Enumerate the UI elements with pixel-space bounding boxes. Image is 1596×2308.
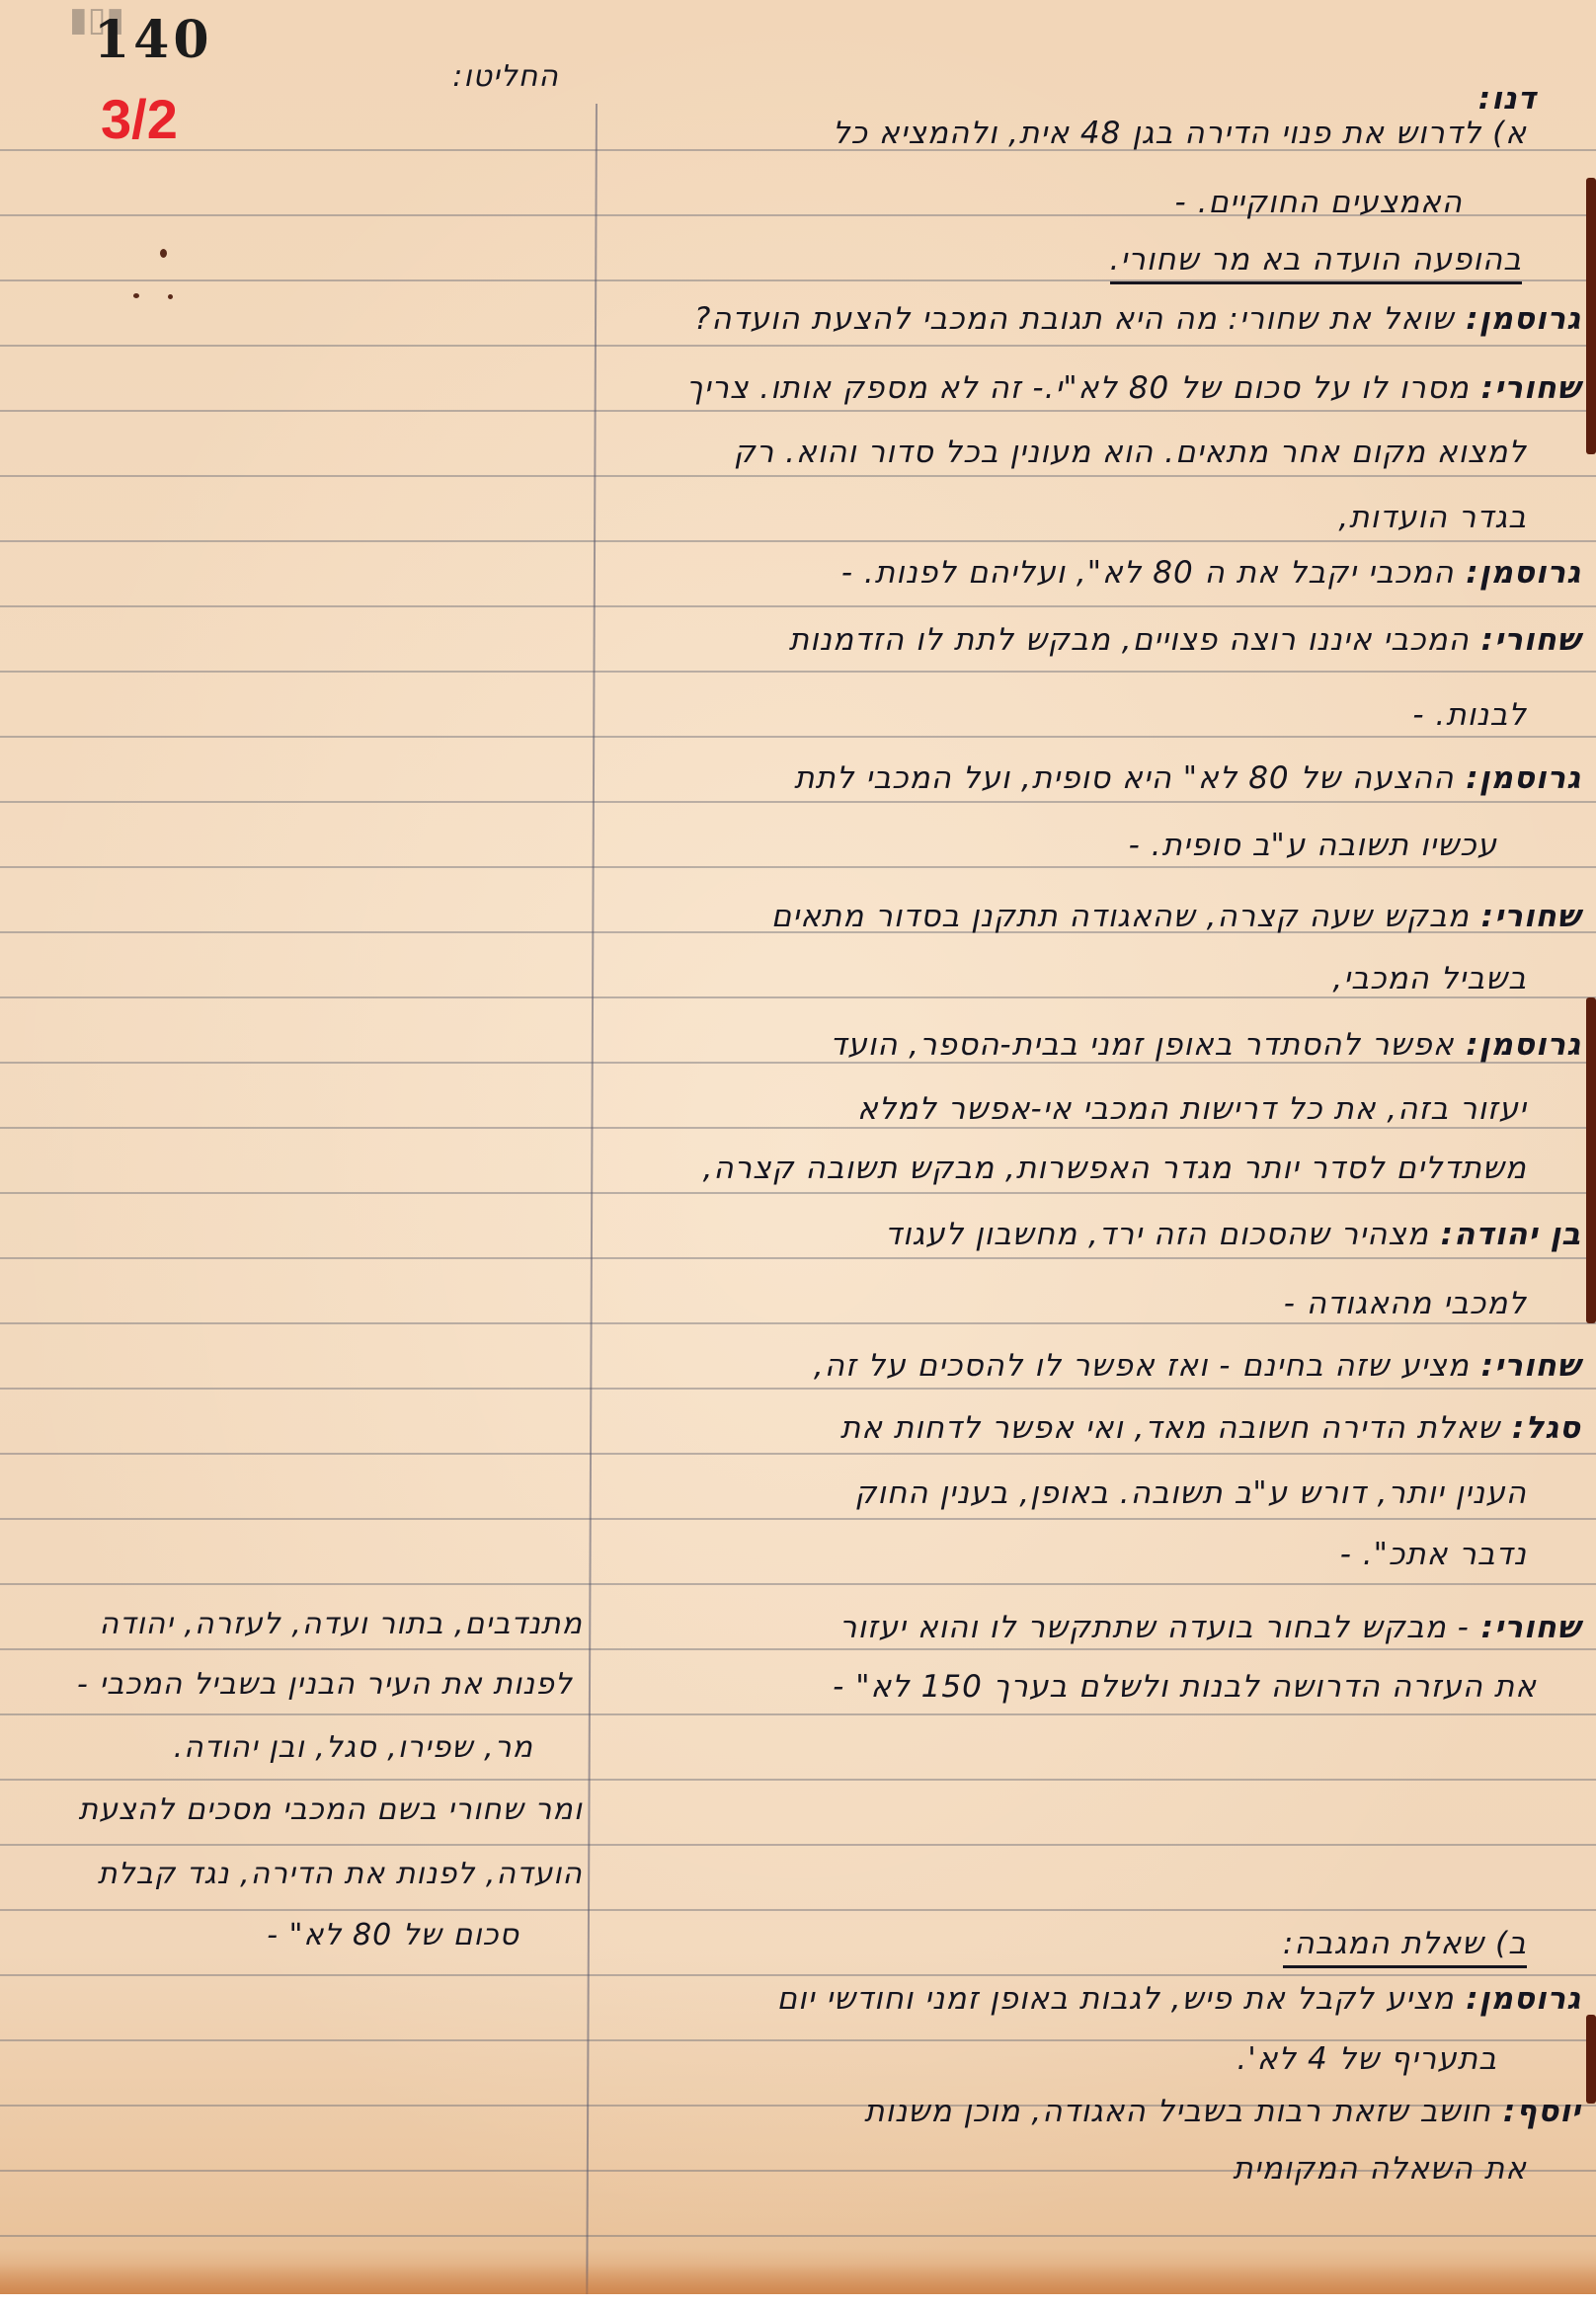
speaker-label: שחורי: bbox=[1470, 1610, 1581, 1645]
archive-stamp-number: 140 bbox=[94, 10, 213, 70]
discussion-text: מבקש שעה קצרה, שהאגודה תתקנן בסדור מתאים bbox=[771, 899, 1470, 934]
discussion-text: חושב שזאת רבות בשביל האגודה, מוכן משנות bbox=[864, 2094, 1491, 2129]
rule-line bbox=[0, 2235, 1596, 2237]
discussion-text: נדבר אתכ". - bbox=[1340, 1537, 1527, 1572]
discussion-text: למכבי מהאגודה - bbox=[1284, 1286, 1527, 1321]
discussion-text: א) לדרוש את פנוי הדירה בגן 48 אית, ולהמצ… bbox=[833, 116, 1527, 151]
resolution-line: הועדה, לפנות את הדירה, נגד קבלת bbox=[98, 1857, 583, 1891]
rule-line bbox=[0, 345, 1596, 347]
notebook-page: ▮▯▮ 140 3/2 החליטו: דנו: א) לדרוש את פנו… bbox=[0, 0, 1596, 2294]
speaker-label: גרוסמן: bbox=[1455, 555, 1582, 591]
discussion-line: לבנות. - bbox=[1412, 697, 1527, 733]
speaker-label: שחורי: bbox=[1470, 1348, 1581, 1384]
speaker-label: גרוסמן: bbox=[1455, 1027, 1582, 1063]
discussion-line: למכבי מהאגודה - bbox=[1284, 1286, 1527, 1321]
discussion-text: עכשיו תשובה ע"ב סופית. - bbox=[1129, 828, 1497, 863]
discussion-text: אפשר להסתדר באופן זמני בבית-הספר, הועד bbox=[830, 1027, 1454, 1063]
speaker-label: גרוסמן: bbox=[1455, 1981, 1582, 2017]
folio-mark: 3/2 bbox=[101, 87, 178, 151]
discussion-line: האמצעים החוקיים. - bbox=[1175, 185, 1463, 220]
resolutions-header: החליטו: bbox=[452, 59, 559, 94]
discussion-text: האמצעים החוקיים. - bbox=[1175, 185, 1463, 220]
discussion-text: לבנות. - bbox=[1412, 697, 1527, 733]
discussion-text: בתעריף של 4 לא'. bbox=[1237, 2041, 1497, 2077]
discussion-text: המכבי איננו רוצה פצויים, מבקש לתת לו הזד… bbox=[789, 622, 1470, 658]
rule-line bbox=[0, 866, 1596, 868]
discussion-text: את העזרה הדרושה לבנות ולשלם בערך 150 לא"… bbox=[833, 1669, 1537, 1705]
discussion-line: גרוסמן: אפשר להסתדר באופן זמני בבית-הספר… bbox=[830, 1027, 1581, 1063]
discussion-line: בתעריף של 4 לא'. bbox=[1237, 2041, 1497, 2077]
rule-line bbox=[0, 996, 1596, 998]
discussion-line: את השאלה המקומית bbox=[1233, 2151, 1527, 2187]
discussion-text: מציע לקבל את פיש, לגבות באופן זמני וחודש… bbox=[776, 1981, 1454, 2017]
rule-line bbox=[0, 1779, 1596, 1781]
rule-line bbox=[0, 1974, 1596, 1976]
discussion-text: למצוא מקום אחר מתאים. הוא מעונין בכל סדו… bbox=[734, 435, 1527, 470]
binding-edge bbox=[1586, 2015, 1596, 2104]
rule-line bbox=[0, 1648, 1596, 1650]
discussion-text: שאלת הדירה חשובה מאד, ואי אפשר לדחות את bbox=[840, 1410, 1500, 1446]
discussion-line: שחורי: מציע שזה בחינם - ואז אפשר לו להסכ… bbox=[814, 1348, 1581, 1384]
resolution-line: ומר שחורי בשם המכבי מסכים להצעת bbox=[78, 1792, 583, 1827]
binding-edge bbox=[1586, 997, 1596, 1323]
rule-line bbox=[0, 801, 1596, 803]
discussion-text: יעזור בזה, את כל דרישות המכבי אי-אפשר למ… bbox=[857, 1091, 1527, 1127]
rule-line bbox=[0, 475, 1596, 477]
rule-line bbox=[0, 605, 1596, 607]
discussion-line: שחורי: מסרו לו על סכום של 80 לא"י.- זה ל… bbox=[686, 370, 1581, 406]
discussion-text: בגדר הועדות, bbox=[1338, 500, 1527, 535]
discussion-line: בשביל המכבי, bbox=[1332, 961, 1527, 996]
discussion-line: יעזור בזה, את כל דרישות המכבי אי-אפשר למ… bbox=[857, 1091, 1527, 1127]
discussion-text: בשביל המכבי, bbox=[1332, 961, 1527, 996]
discussion-line: יוסף: חושב שזאת רבות בשביל האגודה, מוכן … bbox=[864, 2094, 1581, 2129]
discussion-text: ההצעה של 80 לא" היא סופית, ועל המכבי לתת bbox=[794, 760, 1454, 796]
discussion-line: גרוסמן: ההצעה של 80 לא" היא סופית, ועל ה… bbox=[794, 760, 1581, 796]
speaker-label: בן יהודה: bbox=[1429, 1217, 1581, 1252]
discussion-line: שחורי: המכבי איננו רוצה פצויים, מבקש לתת… bbox=[789, 622, 1581, 658]
rule-line bbox=[0, 540, 1596, 542]
resolution-line: לפנות את העיר הבנין בשביל המכבי - bbox=[77, 1667, 573, 1702]
speaker-label: שחורי: bbox=[1470, 370, 1581, 406]
speaker-label: שחורי: bbox=[1470, 622, 1581, 658]
discussion-line: את העזרה הדרושה לבנות ולשלם בערך 150 לא"… bbox=[833, 1669, 1537, 1705]
rule-line bbox=[0, 671, 1596, 673]
resolution-line: מר, שפירו, סגל, ובן יהודה. bbox=[174, 1730, 533, 1765]
ink-speck bbox=[133, 293, 139, 298]
rule-line bbox=[0, 1518, 1596, 1520]
rule-line bbox=[0, 1844, 1596, 1846]
discussion-line: ב) שאלת המגבה: bbox=[1283, 1926, 1527, 1961]
resolution-line: סכום של 80 לא" - bbox=[267, 1918, 519, 1952]
column-divider bbox=[586, 104, 598, 2294]
speaker-label: שחורי: bbox=[1470, 899, 1581, 934]
discussion-line: בגדר הועדות, bbox=[1338, 500, 1527, 535]
discussion-line: גרוסמן: שואל את שחורי: מה היא תגובת המכב… bbox=[694, 301, 1581, 337]
rule-line bbox=[0, 1583, 1596, 1585]
rule-line bbox=[0, 1909, 1596, 1911]
discussion-text: - מבקש לבחור בועדה שתתקשר לו והוא יעזור bbox=[839, 1610, 1470, 1645]
discussion-line: למצוא מקום אחר מתאים. הוא מעונין בכל סדו… bbox=[734, 435, 1527, 470]
discussion-text: הענין יותר, דורש ע"ב תשובה. באופן, בענין… bbox=[854, 1475, 1527, 1511]
discussion-line: שחורי: מבקש שעה קצרה, שהאגודה תתקנן בסדו… bbox=[771, 899, 1581, 934]
resolution-line: מתנדבים, בתור ועדה, לעזרה, יהודה bbox=[100, 1607, 584, 1641]
discussion-line: גרוסמן: המכבי יקבל את ה 80 לא", ועליהם ל… bbox=[841, 555, 1581, 591]
speaker-label: סגל: bbox=[1500, 1410, 1581, 1446]
discussion-line: בן יהודה: מצהיר שהסכום הזה ירד, מחשבון ל… bbox=[885, 1217, 1581, 1252]
rule-line bbox=[0, 410, 1596, 412]
binding-edge bbox=[1586, 178, 1596, 454]
discussion-header: דנו: bbox=[1478, 81, 1537, 117]
discussion-text: מצהיר שהסכום הזה ירד, מחשבון לעגוד bbox=[885, 1217, 1429, 1252]
rule-line bbox=[0, 1257, 1596, 1259]
discussion-line: שחורי: - מבקש לבחור בועדה שתתקשר לו והוא… bbox=[839, 1610, 1581, 1645]
discussion-text: שואל את שחורי: מה היא תגובת המכבי להצעת … bbox=[694, 301, 1455, 337]
rule-line bbox=[0, 1322, 1596, 1324]
discussion-line: בהופעה הועדה בא מר שחורי. bbox=[1110, 242, 1522, 278]
rule-line bbox=[0, 1453, 1596, 1455]
discussion-line: נדבר אתכ". - bbox=[1340, 1537, 1527, 1572]
discussion-line: הענין יותר, דורש ע"ב תשובה. באופן, בענין… bbox=[854, 1475, 1527, 1511]
discussion-text: ב) שאלת המגבה: bbox=[1283, 1926, 1527, 1968]
rule-line bbox=[0, 1127, 1596, 1129]
discussion-text: מציע שזה בחינם - ואז אפשר לו להסכים על ז… bbox=[814, 1348, 1470, 1384]
speaker-label: יוסף: bbox=[1491, 2094, 1581, 2129]
discussion-text: המכבי יקבל את ה 80 לא", ועליהם לפנות. - bbox=[841, 555, 1455, 591]
speaker-label: גרוסמן: bbox=[1455, 760, 1582, 796]
discussion-text: מסרו לו על סכום של 80 לא"י.- זה לא מספק … bbox=[686, 370, 1470, 406]
discussion-line: משתדלים לסדר יותר מגדר האפשרות, מבקש תשו… bbox=[703, 1151, 1527, 1186]
discussion-line: א) לדרוש את פנוי הדירה בגן 48 אית, ולהמצ… bbox=[833, 116, 1527, 151]
discussion-text: את השאלה המקומית bbox=[1233, 2151, 1527, 2187]
rule-line bbox=[0, 1192, 1596, 1194]
ink-speck bbox=[168, 294, 173, 299]
discussion-text: בהופעה הועדה בא מר שחורי. bbox=[1110, 242, 1522, 284]
rule-line bbox=[0, 736, 1596, 738]
discussion-text: משתדלים לסדר יותר מגדר האפשרות, מבקש תשו… bbox=[703, 1151, 1527, 1186]
ink-speck bbox=[160, 249, 167, 258]
rule-line bbox=[0, 1388, 1596, 1390]
discussion-line: עכשיו תשובה ע"ב סופית. - bbox=[1129, 828, 1497, 863]
speaker-label: גרוסמן: bbox=[1455, 301, 1582, 337]
discussion-line: גרוסמן: מציע לקבל את פיש, לגבות באופן זמ… bbox=[776, 1981, 1581, 2017]
discussion-line: סגל: שאלת הדירה חשובה מאד, ואי אפשר לדחו… bbox=[840, 1410, 1581, 1446]
rule-line bbox=[0, 1713, 1596, 1715]
